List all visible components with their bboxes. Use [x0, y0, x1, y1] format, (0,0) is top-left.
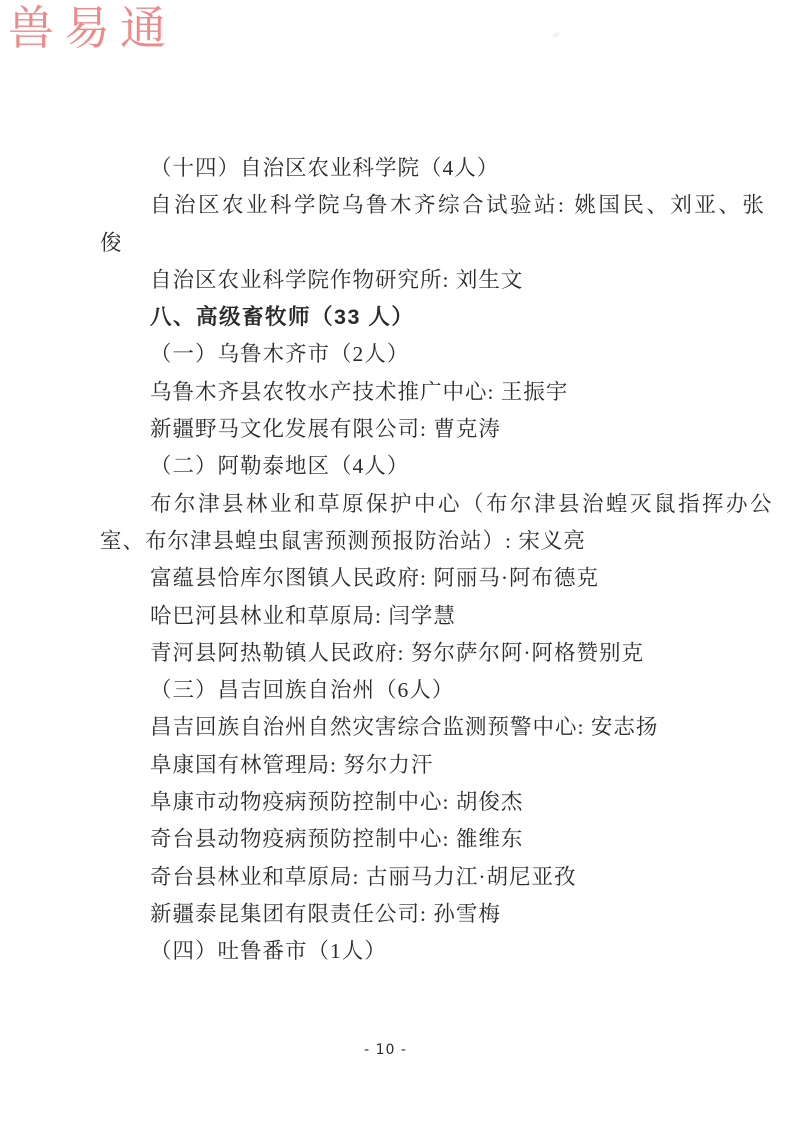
- section-heading-3: （三）昌吉回族自治州（6人）: [100, 672, 708, 709]
- text-line: 自治区农业科学院作物研究所: 刘生文: [100, 262, 708, 299]
- text-line: 乌鲁木齐县农牧水产技术推广中心: 王振宇: [100, 374, 708, 411]
- text-line: 新疆泰昆集团有限责任公司: 孙雪梅: [100, 896, 708, 933]
- text-line: 布尔津县林业和草原保护中心（布尔津县治蝗灭鼠指挥办公: [100, 486, 708, 523]
- section-heading-14: （十四）自治区农业科学院（4人）: [100, 150, 708, 187]
- text-line: 富蕴县恰库尔图镇人民政府: 阿丽马·阿布德克: [100, 560, 708, 597]
- text-line: 奇台县动物疫病预防控制中心: 雒维东: [100, 821, 708, 858]
- text-line: 奇台县林业和草原局: 古丽马力江·胡尼亚孜: [100, 859, 708, 896]
- text-line: 自治区农业科学院乌鲁木齐综合试验站: 姚国民、刘亚、张: [100, 187, 708, 224]
- text-line: 新疆野马文化发展有限公司: 曹克涛: [100, 411, 708, 448]
- watermark-logo: 兽易通: [8, 0, 176, 58]
- scan-artifact: [552, 31, 561, 38]
- section-heading-4: （四）吐鲁番市（1人）: [100, 933, 708, 970]
- document-body: （十四）自治区农业科学院（4人） 自治区农业科学院乌鲁木齐综合试验站: 姚国民、…: [100, 150, 708, 971]
- document-page: 兽易通 （十四）自治区农业科学院（4人） 自治区农业科学院乌鲁木齐综合试验站: …: [0, 0, 793, 1121]
- text-line: 哈巴河县林业和草原局: 闫学慧: [100, 598, 708, 635]
- text-line: 青河县阿热勒镇人民政府: 努尔萨尔阿·阿格赞别克: [100, 635, 708, 672]
- chapter-heading-8: 八、高级畜牧师（33 人）: [100, 299, 708, 336]
- text-line-continuation: 室、布尔津县蝗虫鼠害预测预报防治站）: 宋义亮: [100, 523, 708, 560]
- text-line: 阜康国有林管理局: 努尔力汗: [100, 747, 708, 784]
- text-line-continuation: 俊: [100, 225, 708, 262]
- page-number: - 10 -: [0, 1042, 771, 1058]
- text-line: 昌吉回族自治州自然灾害综合监测预警中心: 安志扬: [100, 709, 708, 746]
- section-heading-1: （一）乌鲁木齐市（2人）: [100, 336, 708, 373]
- text-line: 阜康市动物疫病预防控制中心: 胡俊杰: [100, 784, 708, 821]
- section-heading-2: （二）阿勒泰地区（4人）: [100, 448, 708, 485]
